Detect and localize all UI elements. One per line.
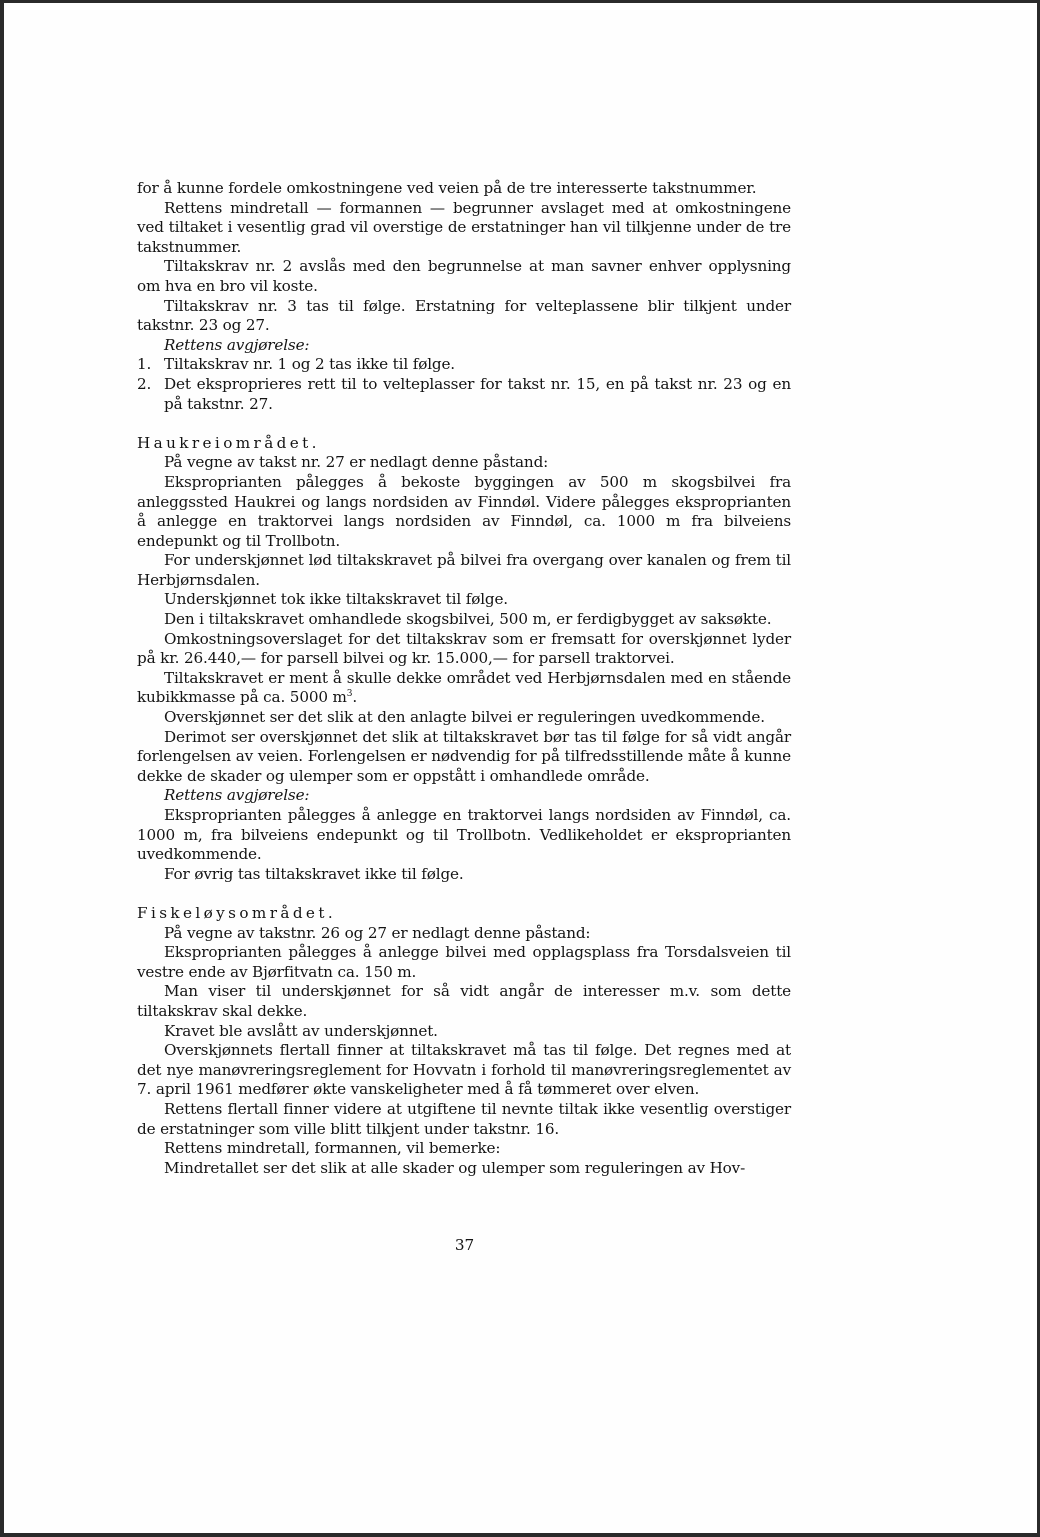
paragraph: Tiltakskravet er ment å skulle dekke omr… bbox=[137, 669, 791, 708]
paragraph: Rettens mindretall — formannen — begrunn… bbox=[137, 199, 791, 258]
decision-list-item: 2. Det eksproprieres rett til to veltepl… bbox=[137, 375, 791, 414]
paragraph: Den i tiltakskravet omhandlede skogsbilv… bbox=[137, 610, 791, 630]
paragraph: for å kunne fordele omkostningene ved ve… bbox=[137, 179, 791, 199]
decision-label: Rettens avgjørelse: bbox=[137, 786, 791, 806]
paragraph: På vegne av takst nr. 27 er nedlagt denn… bbox=[137, 453, 791, 473]
section-heading: Haukreiområdet. bbox=[137, 434, 791, 454]
paragraph: Eksproprianten pålegges å anlegge en tra… bbox=[137, 806, 791, 865]
paragraph: Kravet ble avslått av underskjønnet. bbox=[137, 1022, 791, 1042]
paragraph: Derimot ser overskjønnet det slik at til… bbox=[137, 728, 791, 787]
paragraph: Man viser til underskjønnet for så vidt … bbox=[137, 982, 791, 1021]
paragraph: Tiltakskrav nr. 2 avslås med den begrunn… bbox=[137, 257, 791, 296]
document-page: for å kunne fordele omkostningene ved ve… bbox=[4, 3, 1037, 1533]
paragraph: Mindretallet ser det slik at alle skader… bbox=[137, 1159, 791, 1179]
paragraph: Overskjønnets flertall finner at tiltaks… bbox=[137, 1041, 791, 1100]
list-number: 2. bbox=[137, 375, 164, 414]
paragraph: Eksproprianten pålegges å bekoste byggin… bbox=[137, 473, 791, 551]
decision-list-item: 1. Tiltakskrav nr. 1 og 2 tas ikke til f… bbox=[137, 355, 791, 375]
paragraph: Omkostningsoverslaget for det tiltakskra… bbox=[137, 630, 791, 669]
list-text: Det eksproprieres rett til to velteplass… bbox=[164, 375, 791, 414]
list-text: Tiltakskrav nr. 1 og 2 tas ikke til følg… bbox=[164, 355, 791, 375]
paragraph-text: Tiltakskravet er ment å skulle dekke omr… bbox=[137, 669, 791, 707]
paragraph: Rettens mindretall, formannen, vil bemer… bbox=[137, 1139, 791, 1159]
paragraph: For underskjønnet lød tiltakskravet på b… bbox=[137, 551, 791, 590]
paragraph: På vegne av takstnr. 26 og 27 er nedlagt… bbox=[137, 924, 791, 944]
paragraph: Rettens flertall finner videre at utgift… bbox=[137, 1100, 791, 1139]
body-text: for å kunne fordele omkostningene ved ve… bbox=[137, 179, 791, 1178]
paragraph: Tiltakskrav nr. 3 tas til følge. Erstatn… bbox=[137, 297, 791, 336]
paragraph: Eksproprianten pålegges å anlegge bilvei… bbox=[137, 943, 791, 982]
page-number: 37 bbox=[0, 1236, 981, 1254]
paragraph: Underskjønnet tok ikke tiltakskravet til… bbox=[137, 590, 791, 610]
paragraph-end: . bbox=[352, 688, 357, 706]
list-number: 1. bbox=[137, 355, 164, 375]
decision-label: Rettens avgjørelse: bbox=[137, 336, 791, 356]
paragraph: Overskjønnet ser det slik at den anlagte… bbox=[137, 708, 791, 728]
paragraph: For øvrig tas tiltakskravet ikke til føl… bbox=[137, 865, 791, 885]
section-heading: Fiskeløysområdet. bbox=[137, 904, 791, 924]
